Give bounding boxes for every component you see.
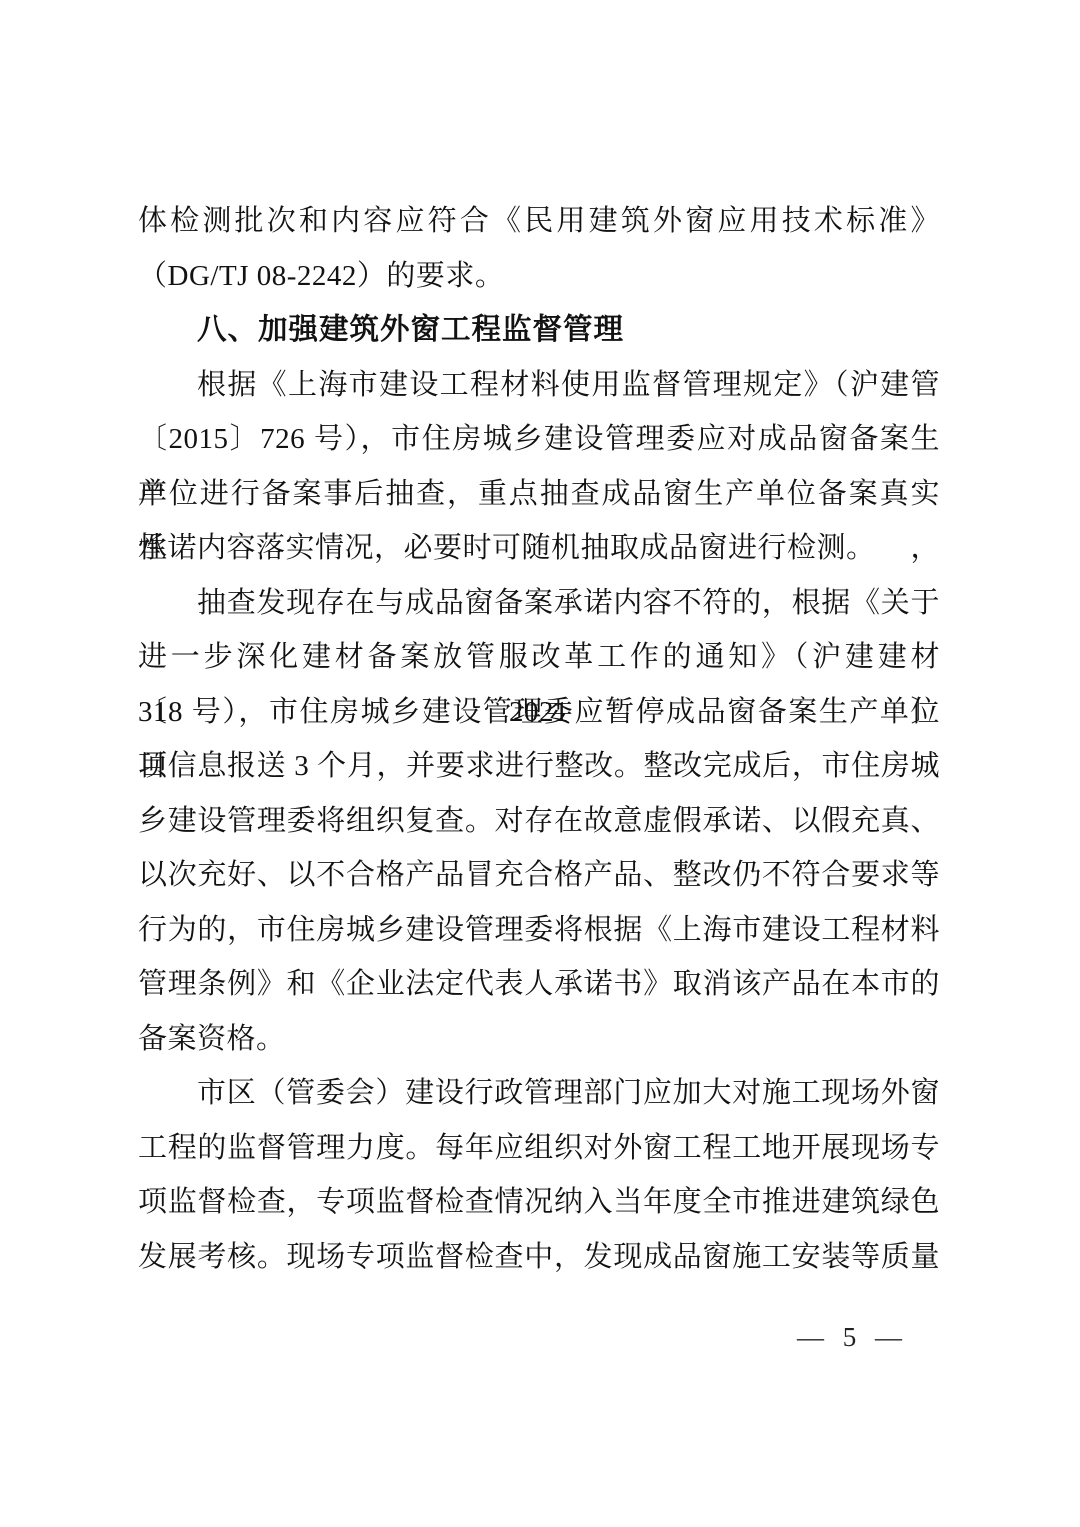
body-text-line: 发展考核。现场专项监督检查中，发现成品窗施工安装等质量 (138, 1230, 940, 1285)
body-text-line: 备案资格。 (138, 1012, 940, 1067)
body-text-line: 以次充好、以不合格产品冒充合格产品、整改仍不符合要求等 (138, 848, 940, 903)
body-text-line: 目信息报送 3 个月，并要求进行整改。整改完成后，市住房城 (138, 739, 940, 794)
paragraph-continuation: 体检测批次和内容应符合《民用建筑外窗应用技术标准》 （DG/TJ 08-2242… (138, 194, 940, 303)
document-page: 体检测批次和内容应符合《民用建筑外窗应用技术标准》 （DG/TJ 08-2242… (0, 0, 1080, 1527)
paragraph: 市区（管委会）建设行政管理部门应加大对施工现场外窗 工程的监督管理力度。每年应组… (138, 1066, 940, 1284)
body-text-line: 行为的，市住房城乡建设管理委将根据《上海市建设工程材料 (138, 903, 940, 958)
body-text-line: 承诺内容落实情况，必要时可随机抽取成品窗进行检测。 (138, 521, 940, 576)
body-text-line: 抽查发现存在与成品窗备案承诺内容不符的，根据《关于 (138, 576, 940, 631)
body-text-line: 单位进行备案事后抽查，重点抽查成品窗生产单位备案真实性， (138, 467, 940, 522)
section-heading: 八、加强建筑外窗工程监督管理 (138, 303, 940, 358)
document-body: 体检测批次和内容应符合《民用建筑外窗应用技术标准》 （DG/TJ 08-2242… (138, 194, 940, 1284)
paragraph: 根据《上海市建设工程材料使用监督管理规定》（沪建管 〔2015〕726 号），市… (138, 358, 940, 576)
page-number: — 5 — (797, 1322, 908, 1353)
body-text-line: 乡建设管理委将组织复查。对存在故意虚假承诺、以假充真、 (138, 794, 940, 849)
body-text-line: 〔2015〕726 号），市住房城乡建设管理委应对成品窗备案生产 (138, 412, 940, 467)
body-text-line: 项监督检查，专项监督检查情况纳入当年度全市推进建筑绿色 (138, 1175, 940, 1230)
body-text-line: 市区（管委会）建设行政管理部门应加大对施工现场外窗 (138, 1066, 940, 1121)
body-text-line: 工程的监督管理力度。每年应组织对外窗工程工地开展现场专 (138, 1121, 940, 1176)
paragraph: 抽查发现存在与成品窗备案承诺内容不符的，根据《关于 进一步深化建材备案放管服改革… (138, 576, 940, 1067)
body-text-line: 根据《上海市建设工程材料使用监督管理规定》（沪建管 (138, 358, 940, 413)
body-text-line: 体检测批次和内容应符合《民用建筑外窗应用技术标准》 (138, 194, 940, 249)
body-text-line: 318 号），市住房城乡建设管理委应暂停成品窗备案生产单位项 (138, 685, 940, 740)
body-text-line: 进一步深化建材备案放管服改革工作的通知》（沪建建材〔2021〕 (138, 630, 940, 685)
body-text-line: （DG/TJ 08-2242）的要求。 (138, 249, 940, 304)
body-text-line: 管理条例》和《企业法定代表人承诺书》取消该产品在本市的 (138, 957, 940, 1012)
